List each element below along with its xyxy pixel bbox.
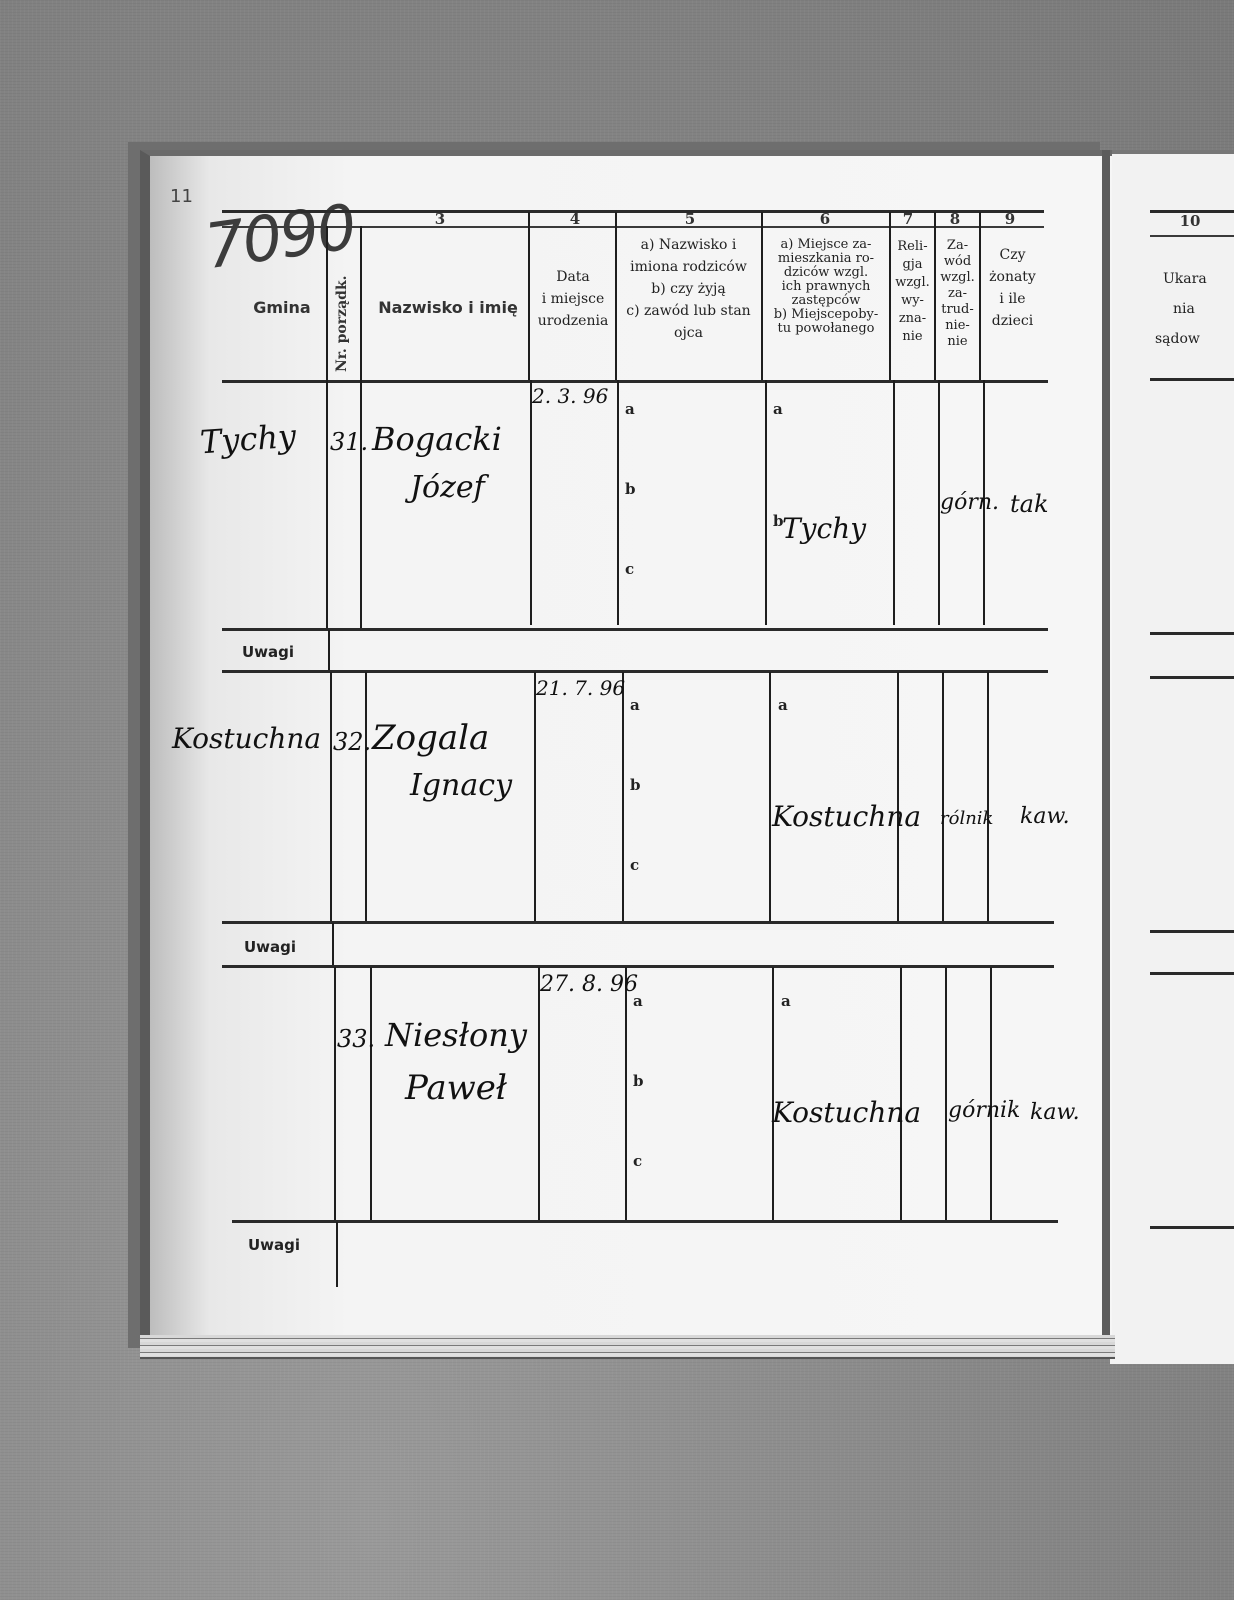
col-divider: [979, 212, 981, 380]
page-stack-edge: [140, 1335, 1115, 1359]
col-divider: [360, 380, 362, 630]
sub-label-c: c: [633, 1152, 642, 1170]
gmina-cell: Kostuchna: [172, 722, 321, 755]
header-religia: Reli- gja wzgl. wy- zna- nie: [890, 238, 935, 346]
col-divider: [334, 967, 336, 1222]
col-divider: [615, 212, 617, 380]
sub-label-c: c: [630, 856, 639, 874]
sub-label-a: a: [630, 696, 640, 714]
col-divider: [769, 672, 771, 922]
column-number-6: 6: [805, 210, 845, 228]
row-rule: [222, 628, 1048, 631]
header-bottom-rule: [222, 380, 1048, 383]
sub-label-b: b: [625, 480, 636, 498]
residence-b-cell: Tychy: [782, 512, 866, 545]
col-divider: [336, 1222, 338, 1287]
surname-cell: Niesłony: [385, 1016, 527, 1054]
col-divider: [772, 967, 774, 1222]
col-divider: [326, 380, 328, 630]
col-divider: [945, 967, 947, 1222]
col-divider: [987, 672, 989, 922]
given-name-cell: Ignacy: [410, 768, 512, 803]
married-cell: kaw.: [1030, 1100, 1080, 1125]
col-divider: [528, 212, 530, 380]
right-header-number-rule: [1150, 235, 1234, 237]
col-divider: [934, 212, 936, 380]
surname-cell: Zogala: [372, 718, 489, 758]
gmina-cell: Tychy: [199, 417, 297, 462]
nr-cell: 32.: [333, 728, 371, 756]
col-divider: [365, 672, 367, 922]
right-header-bottom-rule: [1150, 378, 1234, 381]
col-divider: [942, 672, 944, 922]
col-divider: [328, 630, 330, 672]
col-divider: [326, 226, 328, 381]
col-divider: [893, 380, 895, 625]
col-divider: [330, 672, 332, 922]
column-number-10: 10: [1175, 212, 1205, 230]
married-cell: tak: [1010, 490, 1049, 518]
remarks-label: Uwagi: [244, 938, 296, 956]
right-row-rule: [1150, 1226, 1234, 1229]
header-data-urodzenia: Data i miejsce urodzenia: [530, 270, 616, 329]
col-divider: [332, 923, 334, 967]
col-divider: [622, 672, 624, 922]
occupation-cell: górn.: [940, 490, 999, 515]
nr-cell: 31.: [330, 428, 368, 456]
header-ukarania: Ukara nia sądow: [1155, 272, 1234, 347]
header-gmina: Gmina: [232, 298, 332, 317]
row-rule: [222, 670, 1048, 673]
col-divider: [360, 226, 362, 381]
row-rule: [222, 965, 1054, 968]
remarks-label: Uwagi: [248, 1236, 300, 1254]
row-rule: [232, 1220, 1058, 1223]
header-nazwisko-imie: Nazwisko i imię: [368, 298, 528, 317]
col-divider: [370, 967, 372, 1222]
given-name-cell: Józef: [410, 470, 485, 505]
sub-label-b: b: [630, 776, 641, 794]
residence-b-cell: Kostuchna: [772, 1096, 921, 1129]
right-row-rule: [1150, 930, 1234, 933]
col-divider: [617, 380, 619, 625]
col-divider: [625, 967, 627, 1222]
col-divider: [897, 672, 899, 922]
residence-b-cell: Kostuchna: [772, 800, 921, 833]
col-divider: [900, 967, 902, 1222]
page-marker: 11: [170, 186, 193, 207]
sub-label-a: a: [633, 992, 643, 1010]
header-nr-porzadk: Nr. porządk.: [334, 275, 350, 372]
sub-label-a: a: [625, 400, 635, 418]
given-name-cell: Paweł: [405, 1068, 507, 1108]
sub-label-c: c: [625, 560, 634, 578]
col-divider: [761, 212, 763, 380]
column-number-4: 4: [555, 210, 595, 228]
column-number-7: 7: [893, 210, 923, 228]
col-divider: [530, 380, 532, 625]
birth-date-cell: 2. 3. 96: [532, 384, 608, 408]
header-rodzice: a) Nazwisko i imiona rodziców b) czy żyj…: [616, 238, 761, 341]
header-zonaty: Czy żonaty i ile dzieci: [980, 248, 1045, 329]
col-divider: [538, 967, 540, 1222]
header-zawod: Za- wód wzgl. za- trud- nie- nie: [935, 238, 980, 350]
column-number-5: 5: [670, 210, 710, 228]
occupation-cell: rólnik: [940, 808, 993, 829]
occupation-cell: górnik: [948, 1098, 1020, 1123]
sub-label-a: a: [773, 400, 783, 418]
header-miejsce-zamieszkania: a) Miejsce za- mieszkania ro- dziców wzg…: [762, 238, 890, 336]
right-row-rule: [1150, 972, 1234, 975]
birth-date-cell: 27. 8. 96: [540, 972, 638, 997]
nr-cell: 33.: [337, 1025, 375, 1053]
sub-label-b: b: [633, 1072, 644, 1090]
row-rule: [222, 921, 1054, 924]
married-cell: kaw.: [1020, 804, 1070, 829]
sub-label-a: a: [781, 992, 791, 1010]
right-row-rule: [1150, 632, 1234, 635]
sub-label-a: a: [778, 696, 788, 714]
birth-date-cell: 21. 7. 96: [536, 676, 625, 700]
col-divider: [990, 967, 992, 1222]
book-spine: [1102, 150, 1110, 1355]
col-divider: [765, 380, 767, 625]
column-number-9: 9: [995, 210, 1025, 228]
col-divider: [534, 672, 536, 922]
right-row-rule: [1150, 676, 1234, 679]
column-number-3: 3: [420, 210, 460, 228]
column-number-8: 8: [940, 210, 970, 228]
col-divider: [889, 212, 891, 380]
remarks-label: Uwagi: [242, 643, 294, 661]
surname-cell: Bogacki: [372, 420, 502, 458]
